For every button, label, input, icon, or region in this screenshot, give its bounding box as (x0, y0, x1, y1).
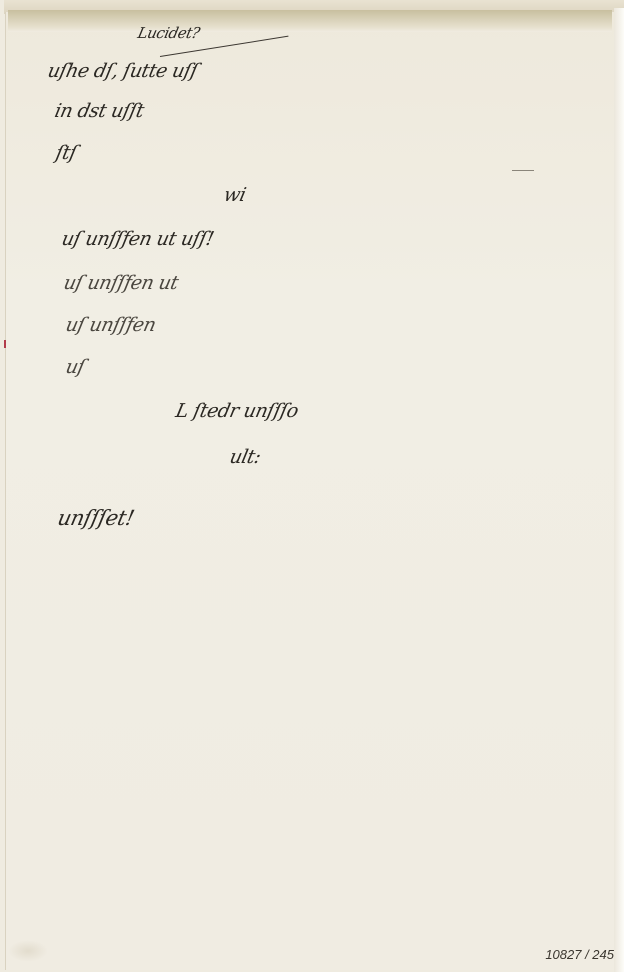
handwritten-line-10: ult: (228, 446, 263, 468)
handwritten-line-6: uſ unſſfen ut (62, 272, 180, 294)
page-edge (614, 8, 624, 972)
handwritten-line-1: uſhe dſ, ſutte uſſ (46, 60, 200, 82)
handwritten-line-9: L ſtedr unſſſo (174, 400, 301, 422)
notebook-page (5, 12, 616, 970)
handwritten-line-2: in dst uſſt (53, 100, 146, 122)
handwritten-insertion: Lucidet? (136, 24, 201, 42)
catalog-number: 10827 / 245 (545, 947, 614, 962)
handwritten-line-7: uſ unſſfen (64, 314, 158, 336)
margin-mark (4, 340, 6, 348)
paper-stain (8, 940, 48, 962)
handwritten-line-5: uſ unſſfen ut uſſ! (60, 228, 216, 250)
handwritten-line-11: unſſſet! (55, 506, 136, 530)
binding-shadow (8, 10, 612, 32)
pencil-mark (512, 170, 534, 171)
